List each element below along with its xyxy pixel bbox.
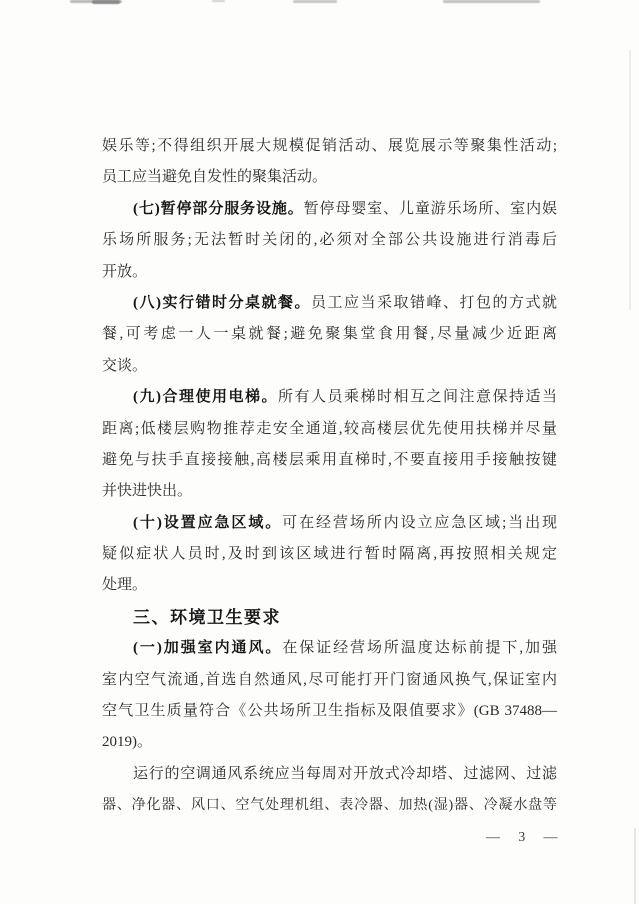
text-line: 处理。 [102,570,557,601]
line-text: 器、净化器、风口、空气处理机组、表冷器、加热(湿)器、冷凝水盘等 [102,798,557,813]
line-text: 处理。 [102,577,147,593]
text-line: (七)暂停部分服务设施。暂停母婴室、儿童游乐场所、室内娱 [102,194,557,225]
line-text: 室内空气流通,首选自然通风,尽可能打开门窗通风换气,保证室内 [102,672,557,688]
line-text: 开放。 [102,264,147,280]
scan-edge-line [634,828,636,904]
paragraph-lead: (七)暂停部分服务设施。 [133,201,304,217]
paragraph-lead: (八)实行错时分桌就餐。 [133,295,311,311]
line-text: 并快进快出。 [102,483,192,499]
scan-artifact [293,0,337,3]
text-line: (十)设置应急区域。可在经营场所内设立应急区域;当出现 [102,508,557,539]
line-text: 距离;低楼层购物推荐走安全通道,较高楼层优先使用扶梯并尽量 [102,421,557,437]
scan-artifact [443,0,540,3]
paragraph-lead: (九)合理使用电梯。 [133,389,278,405]
line-text: 2019)。 [102,734,152,750]
text-line: 餐,可考虑一人一桌就餐;避免聚集堂食用餐,尽量减少近距离 [102,319,557,350]
line-text: 运行的空调通风系统应当每周对开放式冷却塔、过滤网、过滤 [133,766,557,782]
line-text: 乐场所服务;无法暂时关闭的,必须对全部公共设施进行消毒后 [102,232,557,248]
line-text: 暂停母婴室、儿童游乐场所、室内娱 [304,201,557,217]
scan-edge-line [629,50,631,310]
text-line: 开放。 [102,257,557,288]
line-text: 餐,可考虑一人一桌就餐;避免聚集堂食用餐,尽量减少近距离 [102,326,557,342]
section-heading-text: 三、环境卫生要求 [133,608,281,627]
page-number: — 3 — [486,828,558,848]
text-line: (九)合理使用电梯。所有人员乘梯时相互之间注意保持适当 [102,382,557,413]
text-line: 2019)。 [102,727,557,758]
text-line: (一)加强室内通风。在保证经营场所温度达标前提下,加强 [102,633,557,664]
text-line: 娱乐等;不得组织开展大规模促销活动、展览展示等聚集性活动; [102,131,557,162]
paragraph-lead: (十)设置应急区域。 [133,515,282,531]
scan-artifact [92,0,120,4]
line-text: 所有人员乘梯时相互之间注意保持适当 [278,389,557,405]
text-line: 空气卫生质量符合《公共场所卫生指标及限值要求》(GB 37488— [102,696,557,727]
line-text: 娱乐等;不得组织开展大规模促销活动、展览展示等聚集性活动; [102,138,557,154]
line-text: 员工应当采取错峰、打包的方式就 [311,295,557,311]
text-line: 交谈。 [102,351,557,382]
line-text: 避免与扶手直接接触,高楼层乘用直梯时,不要直接用手接触按键 [102,452,557,468]
text-line: (八)实行错时分桌就餐。员工应当采取错峰、打包的方式就 [102,288,557,319]
line-text: 员工应当避免自发性的聚集活动。 [102,169,327,185]
text-line: 距离;低楼层购物推荐走安全通道,较高楼层优先使用扶梯并尽量 [102,414,557,445]
line-text: 交谈。 [102,358,147,374]
text-line: 运行的空调通风系统应当每周对开放式冷却塔、过滤网、过滤 [102,759,557,790]
text-line: 并快进快出。 [102,476,557,507]
paragraph-lead: (一)加强室内通风。 [133,640,282,656]
text-line: 乐场所服务;无法暂时关闭的,必须对全部公共设施进行消毒后 [102,225,557,256]
section-heading: 三、环境卫生要求 [102,602,557,633]
text-line: 疑似症状人员时,及时到该区域进行暂时隔离,再按照相关规定 [102,539,557,570]
scan-artifact [212,0,225,2]
text-line: 员工应当避免自发性的聚集活动。 [102,162,557,193]
text-line: 室内空气流通,首选自然通风,尽可能打开门窗通风换气,保证室内 [102,665,557,696]
text-line: 避免与扶手直接接触,高楼层乘用直梯时,不要直接用手接触按键 [102,445,557,476]
line-text: 疑似症状人员时,及时到该区域进行暂时隔离,再按照相关规定 [102,546,557,562]
text-line: 器、净化器、风口、空气处理机组、表冷器、加热(湿)器、冷凝水盘等 [102,790,557,821]
line-text: 可在经营场所内设立应急区域;当出现 [282,515,557,531]
document-page: 娱乐等;不得组织开展大规模促销活动、展览展示等聚集性活动; 员工应当避免自发性的… [0,0,639,904]
body-text: 娱乐等;不得组织开展大规模促销活动、展览展示等聚集性活动; 员工应当避免自发性的… [102,131,557,822]
line-text: 空气卫生质量符合《公共场所卫生指标及限值要求》(GB 37488— [102,703,557,719]
line-text: 在保证经营场所温度达标前提下,加强 [282,640,557,656]
